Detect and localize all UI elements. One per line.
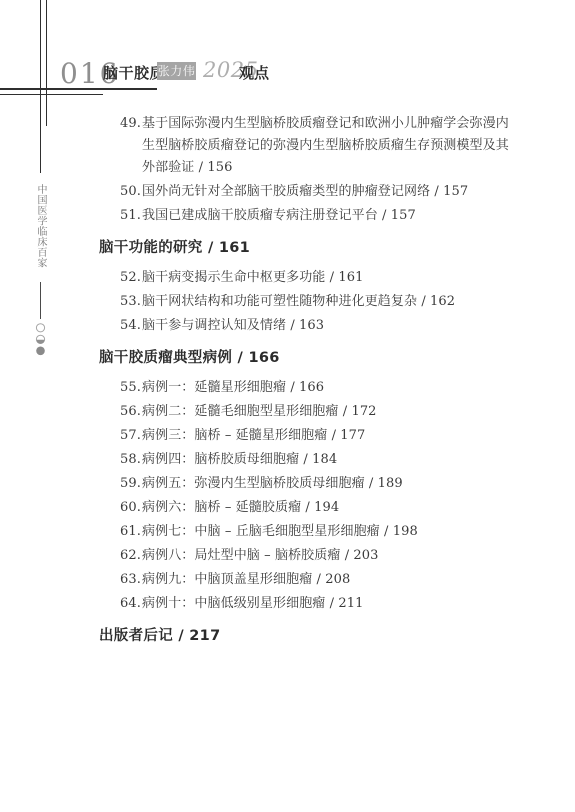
toc-entry-text: 脑干网状结构和功能可塑性随物种进化更趋复杂 / 162 [142, 294, 455, 309]
toc-entry-number: 56. [120, 401, 142, 423]
toc-entry-number: 62. [120, 545, 142, 567]
toc-entry: 52.脑干病变揭示生命中枢更多功能 / 161 [120, 267, 510, 289]
margin-rule-vertical-inner [46, 0, 47, 126]
toc-entry: 49.基于国际弥漫内生型脑桥胶质瘤登记和欧洲小儿肿瘤学会弥漫内生型脑桥胶质瘤登记… [120, 113, 510, 179]
toc-entry: 64.病例十：中脑低级别星形细胞瘤 / 211 [120, 593, 510, 615]
toc-entry-text: 基于国际弥漫内生型脑桥胶质瘤登记和欧洲小儿肿瘤学会弥漫内生型脑桥胶质瘤登记的弥漫… [142, 116, 509, 175]
toc-entry: 62.病例八：局灶型中脑 – 脑桥胶质瘤 / 203 [120, 545, 510, 567]
toc-entry: 58.病例四：脑桥胶质母细胞瘤 / 184 [120, 449, 510, 471]
sidebar-progress-icons [33, 323, 48, 361]
circle-outline-icon [36, 324, 44, 332]
toc-entry: 63.病例九：中脑顶盖星形细胞瘤 / 208 [120, 569, 510, 591]
toc-entry-text: 国外尚无针对全部脑干胶质瘤类型的肿瘤登记网络 / 157 [142, 184, 468, 199]
series-year-suffix: 观点 [239, 66, 269, 81]
toc-entry: 53.脑干网状结构和功能可塑性随物种进化更趋复杂 / 162 [120, 291, 510, 313]
toc-entry: 54.脑干参与调控认知及情绪 / 163 [120, 315, 510, 337]
circle-filled-icon [36, 347, 45, 356]
author-badge: 张力伟 [157, 62, 196, 80]
toc-entry-number: 63. [120, 569, 142, 591]
toc-entry-number: 55. [120, 377, 142, 399]
toc-entry: 61.病例七：中脑 – 丘脑毛细胞型星形细胞瘤 / 198 [120, 521, 510, 543]
toc-entry-text: 病例七：中脑 – 丘脑毛细胞型星形细胞瘤 / 198 [142, 524, 418, 539]
toc-entry: 60.病例六：脑桥 – 延髓胶质瘤 / 194 [120, 497, 510, 519]
toc-entry-number: 54. [120, 315, 142, 337]
sidebar-rule-vertical [40, 282, 41, 319]
toc-entry-text: 病例五：弥漫内生型脑桥胶质母细胞瘤 / 189 [142, 476, 403, 491]
table-of-contents: 49.基于国际弥漫内生型脑桥胶质瘤登记和欧洲小儿肿瘤学会弥漫内生型脑桥胶质瘤登记… [120, 113, 510, 655]
margin-rule-vertical-outer [40, 0, 41, 173]
toc-entry: 59.病例五：弥漫内生型脑桥胶质母细胞瘤 / 189 [120, 473, 510, 495]
toc-entry-number: 51. [120, 205, 142, 227]
toc-entry-number: 59. [120, 473, 142, 495]
toc-entry: 50.国外尚无针对全部脑干胶质瘤类型的肿瘤登记网络 / 157 [120, 181, 510, 203]
toc-entry-text: 病例八：局灶型中脑 – 脑桥胶质瘤 / 203 [142, 548, 379, 563]
toc-entry-text: 我国已建成脑干胶质瘤专病注册登记平台 / 157 [142, 208, 416, 223]
circle-half-icon [36, 335, 44, 344]
toc-entry-text: 病例六：脑桥 – 延髓胶质瘤 / 194 [142, 500, 339, 515]
toc-entry-number: 64. [120, 593, 142, 615]
toc-afterword-heading: 出版者后记 / 217 [99, 625, 510, 647]
toc-entry: 57.病例三：脑桥 – 延髓星形细胞瘤 / 177 [120, 425, 510, 447]
toc-entry-number: 57. [120, 425, 142, 447]
toc-entry-number: 50. [120, 181, 142, 203]
toc-entry-text: 脑干参与调控认知及情绪 / 163 [142, 318, 324, 333]
toc-entry: 55.病例一：延髓星形细胞瘤 / 166 [120, 377, 510, 399]
toc-entry-text: 脑干病变揭示生命中枢更多功能 / 161 [142, 270, 363, 285]
toc-entry-text: 病例三：脑桥 – 延髓星形细胞瘤 / 177 [142, 428, 365, 443]
toc-section-heading: 脑干胶质瘤典型病例 / 166 [99, 347, 510, 369]
toc-entry-number: 49. [120, 113, 142, 135]
toc-entry-number: 52. [120, 267, 142, 289]
toc-entry: 51.我国已建成脑干胶质瘤专病注册登记平台 / 157 [120, 205, 510, 227]
toc-entry-text: 病例九：中脑顶盖星形细胞瘤 / 208 [142, 572, 350, 587]
toc-entry-text: 病例十：中脑低级别星形细胞瘤 / 211 [142, 596, 363, 611]
toc-entry-number: 61. [120, 521, 142, 543]
series-sidebar-label: 中国医学临床百家 [34, 184, 47, 268]
toc-entry-text: 病例一：延髓星形细胞瘤 / 166 [142, 380, 324, 395]
toc-entry-number: 58. [120, 449, 142, 471]
toc-entry-number: 60. [120, 497, 142, 519]
toc-entry-text: 病例四：脑桥胶质母细胞瘤 / 184 [142, 452, 337, 467]
toc-entry-text: 病例二：延髓毛细胞型星形细胞瘤 / 172 [142, 404, 377, 419]
toc-entry: 56.病例二：延髓毛细胞型星形细胞瘤 / 172 [120, 401, 510, 423]
toc-entry-number: 53. [120, 291, 142, 313]
header-rule-short [0, 94, 103, 95]
toc-section-heading: 脑干功能的研究 / 161 [99, 237, 510, 259]
